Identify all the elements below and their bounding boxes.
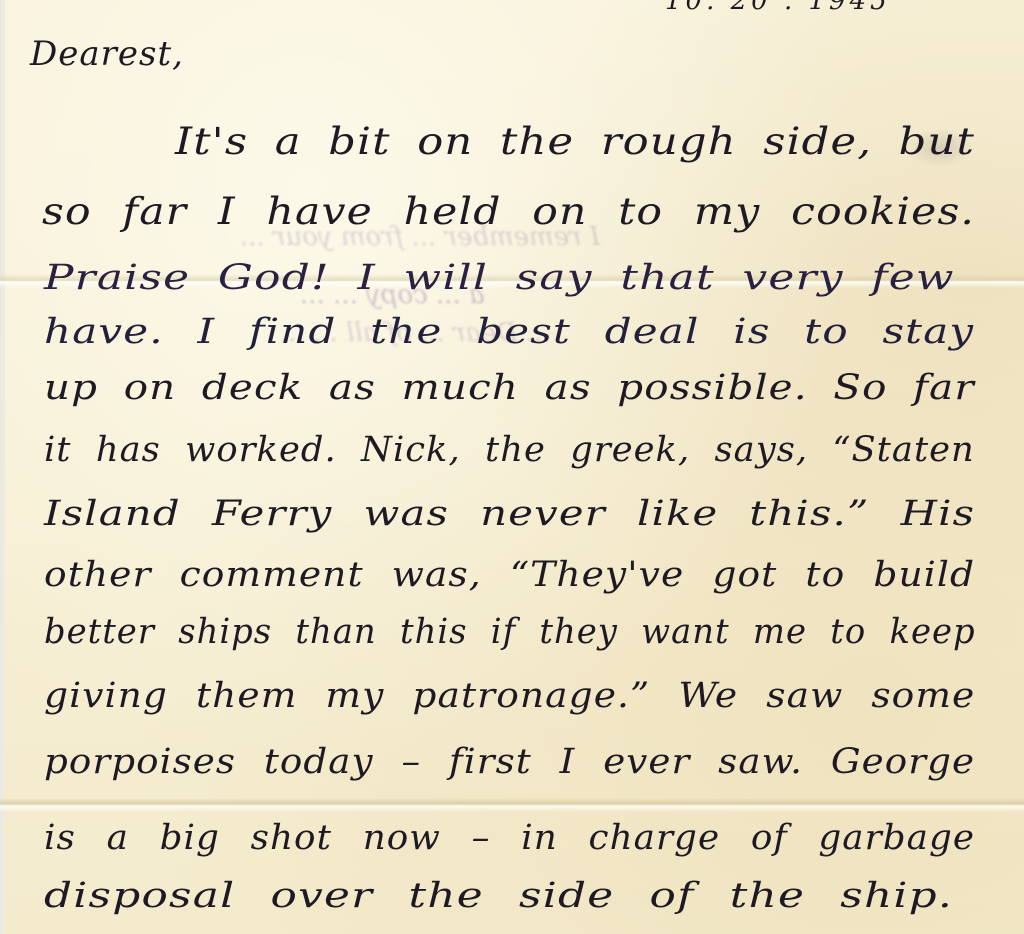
letter-line: Praise God! I will say that very few bbox=[44, 258, 955, 298]
letter-line: giving them my patronage.” We saw some bbox=[44, 676, 975, 716]
letter-line: Island Ferry was never like this.” His bbox=[44, 494, 975, 534]
letter-line: It's a bit on the rough side, but bbox=[175, 120, 975, 163]
letter-line: disposal over the side of the ship. bbox=[44, 876, 953, 916]
scan-edge bbox=[0, 0, 5, 934]
letter-line: it has worked. Nick, the greek, says, “S… bbox=[44, 430, 975, 470]
fold-line bbox=[0, 798, 1024, 812]
letter-line: so far I have held on to my cookies. bbox=[42, 190, 975, 233]
letter-line: is a big shot now – in charge of garbage bbox=[44, 818, 975, 858]
letter-line: up on deck as much as possible. So far bbox=[44, 368, 975, 408]
letter-line: other comment was, “They've got to build bbox=[44, 555, 975, 595]
salutation: Dearest, bbox=[30, 34, 184, 74]
letter-line: better ships than this if they want me t… bbox=[44, 612, 976, 652]
letter-date: 10. 20 . 1945 bbox=[665, 0, 891, 16]
letter-line: porpoises today – first I ever saw. Geor… bbox=[44, 742, 975, 782]
letter-line: have. I find the best deal is to stay bbox=[44, 312, 974, 352]
letter-page: I remember ... from your ... a ... copy … bbox=[0, 0, 1024, 934]
